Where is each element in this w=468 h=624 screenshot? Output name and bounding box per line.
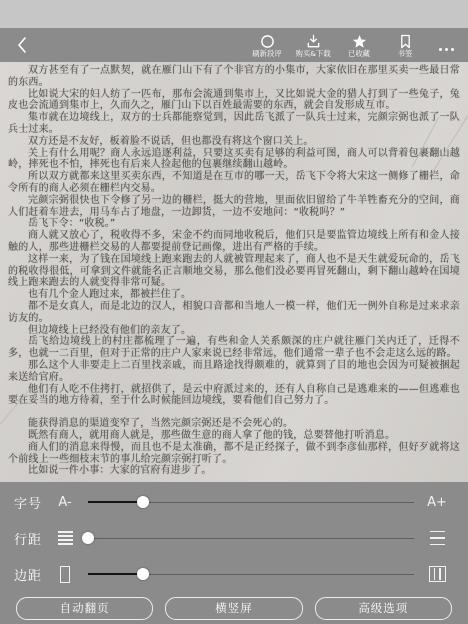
margin-label: 边距 — [14, 565, 48, 584]
refresh-paragraph-comments-button[interactable]: 刷新段评 — [244, 31, 290, 59]
slider-thumb[interactable] — [137, 568, 149, 580]
status-strip — [0, 0, 468, 28]
toolbar-actions: 刷新段评 购买&下载 已收藏 — [244, 31, 468, 59]
narrow-page-icon — [60, 566, 70, 583]
paragraph: 但边境线上已经没有他们的亲友了。 — [8, 325, 460, 337]
advanced-options-button[interactable]: 高级选项 — [315, 597, 452, 620]
reader-toolbar: 刷新段评 购买&下载 已收藏 — [0, 28, 468, 62]
reading-settings-panel: 字号 A- A+ 行距 边距 — [0, 482, 468, 624]
bookmark-icon — [399, 34, 412, 49]
paragraph: 他们有人吃不住拷打，就招供了，是云中府派过来的，还有人自称自己是逃难来的——但逃… — [8, 384, 460, 408]
margin-row: 边距 — [0, 556, 468, 592]
paragraph: 都不是女真人，而是北边的汉人，相貌口音都和当地人一模一样，他们无一例外自称是过来… — [8, 301, 460, 325]
reader-screen: 刷新段评 购买&下载 已收藏 — [0, 0, 468, 624]
more-options-button[interactable] — [428, 31, 464, 59]
back-button[interactable] — [0, 28, 44, 62]
paragraph: 商人就又放心了，税收得不多，宋金不约而同地收税后，他们只是要监管边境线上所有和金… — [8, 230, 460, 254]
line-spacing-row: 行距 — [0, 520, 468, 556]
font-size-slider[interactable] — [88, 492, 414, 512]
favorited-button[interactable]: 已收藏 — [336, 31, 382, 59]
ellipsis-icon — [437, 36, 455, 55]
star-icon — [352, 34, 367, 49]
paragraph: 关上有什么用呢？商人永远追逐利益，只要这买卖有足够的利益可图，商人可以背着包裹翻… — [8, 148, 460, 172]
orientation-toggle-button[interactable]: 横竖屏 — [165, 597, 302, 620]
paragraph: 那么这个人非要走上二百里找亲戚，而且路途找得颇难的，就算到了目的地也会因为可疑被… — [8, 360, 460, 384]
chevron-left-icon — [16, 36, 28, 54]
action-label: 书签 — [398, 49, 413, 58]
paragraph: 岳飞给边境线上的村庄都梳理了一遍，有些和金人关系颇深的庄户就往雁门关内迁了，迁得… — [8, 336, 460, 360]
font-smaller-button[interactable]: A- — [48, 495, 82, 510]
action-label: 购买&下载 — [295, 49, 330, 58]
panel-buttons: 自动翻页 横竖屏 高级选项 — [0, 592, 468, 624]
bookmark-button[interactable]: 书签 — [382, 31, 428, 59]
slider-thumb[interactable] — [82, 532, 94, 544]
line-spacing-loose-button[interactable] — [420, 528, 454, 548]
paragraph: 能获得消息的渠道变窄了，当然完颜宗弼还是不会死心的。 — [8, 418, 460, 430]
slider-fill — [88, 501, 143, 503]
book-page[interactable]: 双方甚至有了一点默契，就在雁门山下有了个非官方的小集市，大家依旧在那里买卖一些最… — [0, 62, 468, 482]
circle-icon — [260, 34, 275, 49]
paragraph: 既然有商人，就用商人就是，那些做生意的商人拿了他的钱，总要替他打听消息。 — [8, 430, 460, 442]
paragraph: 集市就在边境线上，双方的士兵都能察觉到，因此岳飞派了一队兵士过来，完颜宗弼也派了… — [8, 112, 460, 136]
page-text: 双方甚至有了一点默契，就在雁门山下有了个非官方的小集市，大家依旧在那里买卖一些最… — [8, 65, 460, 477]
paragraph: 比如说一件小事：大家的官府有进步了。 — [8, 465, 460, 477]
loose-lines-icon — [430, 528, 445, 548]
font-size-label: 字号 — [14, 493, 48, 512]
auto-page-turn-button[interactable]: 自动翻页 — [16, 597, 153, 620]
paragraph: 比如说大宋的妇人纺了一匹布，那布会流通到集市上，又比如说大金的猎人打到了一些兔子… — [8, 89, 460, 113]
slider-fill — [88, 573, 143, 575]
line-spacing-slider[interactable] — [88, 528, 414, 548]
tight-lines-icon — [58, 530, 73, 546]
buy-download-button[interactable]: 购买&下载 — [290, 31, 336, 59]
paragraph: 也有几个金人跑过来，都被拦住了。 — [8, 289, 460, 301]
paragraph: 岳飞下令：“收税。” — [8, 218, 460, 230]
slider-thumb[interactable] — [137, 496, 149, 508]
margin-wide-button[interactable] — [420, 566, 454, 582]
paragraph: 所以双方就都来这里买卖东西，不知道是在互市的哪一天，岳飞下令将大宋这一侧修了栅栏… — [8, 171, 460, 195]
paragraph: 这样一来，为了钱在国境线上跑来跑去的人就被管理起来了，商人也不是天生就爱玩命的，… — [8, 254, 460, 289]
margin-narrow-button[interactable] — [48, 566, 82, 583]
font-larger-button[interactable]: A+ — [420, 495, 454, 510]
paragraph: 完颜宗弼很快也下令修了另一边的栅栏，挺大的营地，里面依旧留给了牛羊牲畜充分的空间… — [8, 195, 460, 219]
slider-track — [88, 538, 414, 539]
paragraph: 商人们的消息来得慢，而且也不是太准确，都不是正经探子，做不到李彦仙那样，但好歹就… — [8, 442, 460, 466]
download-icon — [306, 34, 321, 49]
action-label: 已收藏 — [348, 49, 370, 58]
font-size-row: 字号 A- A+ — [0, 484, 468, 520]
margin-slider[interactable] — [88, 564, 414, 584]
action-label: 刷新段评 — [252, 49, 281, 58]
paragraph — [8, 407, 460, 418]
line-spacing-tight-button[interactable] — [48, 530, 82, 546]
line-spacing-label: 行距 — [14, 529, 48, 548]
wide-page-icon — [429, 566, 446, 582]
paragraph: 双方还是不友好，板着脸不说话，但也都没有将这个窗口关上。 — [8, 136, 460, 148]
paragraph: 双方甚至有了一点默契，就在雁门山下有了个非官方的小集市，大家依旧在那里买卖一些最… — [8, 65, 460, 89]
